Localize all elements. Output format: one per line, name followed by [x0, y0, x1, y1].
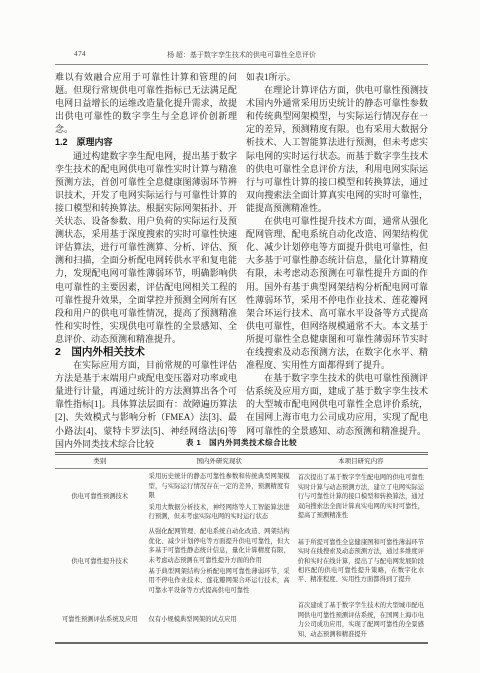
paragraph-lead: 如表1所示。 [246, 71, 428, 84]
row-project: 首次建成了基于数字孪生技术的大型城市配电网供电可靠性预测评估系统，在国网上海市电… [294, 598, 428, 643]
running-title: 杨 超：基于数字孪生技术的供电可靠性全息评价 [55, 50, 428, 60]
table-header-category: 类别 [55, 454, 145, 469]
paragraph-improvement: 在供电可靠性提升技术方面，通常从强化配网管理、配电系统自动化改造、网架结构优化、… [246, 215, 428, 372]
subsection-heading-1-2: 1.2 原理内容 [55, 136, 237, 149]
status-item: 采用历史统计的静态可靠性参数和传统典型网架模型，与实际运行情况存在一定的差异，预… [149, 472, 290, 500]
running-header: 474 杨 超：基于数字孪生技术的供电可靠性全息评价 [55, 50, 428, 62]
paragraph-principle: 通过构建数字孪生配电网，提出基于数字孪生技术的配电网供电可靠性实时计算与精准预测… [55, 150, 237, 346]
paragraph-continuation: 难以有效融合应用于可靠性计算和管理的问题。但现行常规供电可靠性指标已无法满足配电… [55, 71, 237, 136]
row-category: 可靠性预测评估系统及应用 [55, 598, 145, 643]
section-heading-2: 2 国内外相关技术 [55, 346, 237, 359]
comparison-table-section: 表 1 国内外同类技术综合比较 类别 国内外研究现状 本项目研究内容 供电可靠性… [55, 437, 428, 644]
status-item: 基于典型网架结构分析配电网可靠性薄弱环节，采用不停电作业技术、莲花瓣网架合环运行… [149, 567, 290, 595]
row-status: 从强化配网管理、配电系统自动化改造、网架结构优化、减少计划停电等方面提升供电可靠… [145, 524, 294, 598]
header-rule [55, 64, 428, 65]
status-item: 采用大数据分析技术，神经网络等人工智能算法进行预测，但未考虑实际电网的实时运行状… [149, 503, 290, 522]
table-row: 供电可靠性预测技术 采用历史统计的静态可靠性参数和传统典型网架模型，与实际运行情… [55, 469, 428, 525]
table-header-status: 国内外研究现状 [145, 454, 294, 469]
row-status: 采用历史统计的静态可靠性参数和传统典型网架模型，与实际运行情况存在一定的差异，预… [145, 469, 294, 525]
left-column: 难以有效融合应用于可靠性计算和管理的问题。但现行常规供电可靠性指标已无法满足配电… [55, 71, 237, 451]
comparison-table: 类别 国内外研究现状 本项目研究内容 供电可靠性预测技术 采用历史统计的静态可靠… [55, 452, 428, 644]
table-title: 表 1 国内外同类技术综合比较 [55, 437, 428, 448]
row-category: 供电可靠性提升技术 [55, 524, 145, 598]
right-column: 如表1所示。 在理论计算评估方面，供电可靠性预测技术国内外通常采用历史统计的静态… [246, 71, 428, 451]
row-category: 供电可靠性预测技术 [55, 469, 145, 525]
paragraph-theory: 在理论计算评估方面，供电可靠性预测技术国内外通常采用历史统计的静态可靠性参数和传… [246, 84, 428, 215]
paper-page: 474 杨 超：基于数字孪生技术的供电可靠性全息评价 难以有效融合应用于可靠性计… [0, 0, 480, 673]
row-project: 首次提出了基于数字孪生配电网的供电可靠性实时计算与动态预测方法，建立了电网实际运… [294, 469, 428, 525]
row-project: 基于所提可靠性全息健康图和可靠性薄弱环节实时在线搜索及动态预测方法，通过多维度评… [294, 524, 428, 598]
body-columns: 难以有效融合应用于可靠性计算和管理的问题。但现行常规供电可靠性指标已无法满足配电… [55, 71, 428, 451]
table-row: 可靠性预测评估系统及应用 仅有小规模典型网架的试点应用 首次建成了基于数字孪生技… [55, 598, 428, 643]
table-header-project: 本项目研究内容 [294, 454, 428, 469]
row-status: 仅有小规模典型网架的试点应用 [145, 598, 294, 643]
table-header-row: 类别 国内外研究现状 本项目研究内容 [55, 454, 428, 469]
status-item: 从强化配网管理、配电系统自动化改造、网架结构优化、减少计划停电等方面提升供电可靠… [149, 527, 290, 565]
table-row: 供电可靠性提升技术 从强化配网管理、配电系统自动化改造、网架结构优化、减少计划停… [55, 524, 428, 598]
paragraph-system: 在基于数字孪生技术的供电可靠性预测评估系统及应用方面，建成了基于数字孪生技术的大… [246, 372, 428, 437]
status-item: 仅有小规模典型网架的试点应用 [149, 615, 290, 624]
